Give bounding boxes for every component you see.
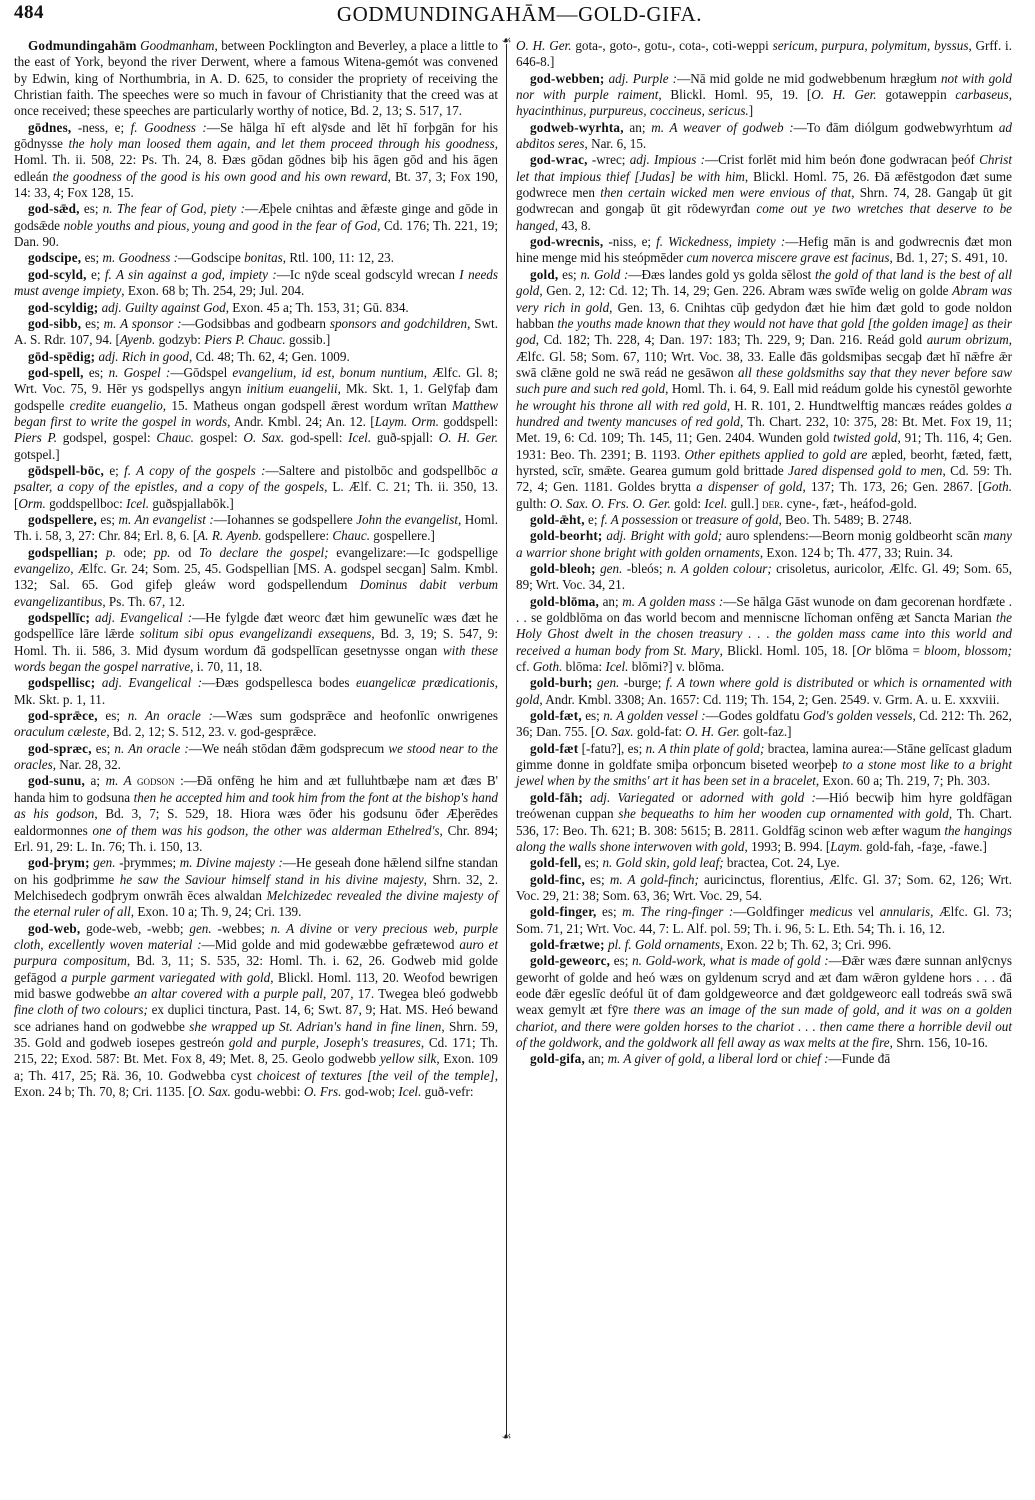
entry-text: f. A sin against a god, impiety :: [105, 267, 277, 282]
entry-text: goddspell:: [439, 414, 498, 429]
entry-text: the goodness of the good is his own good…: [53, 169, 388, 184]
headword: gold-gifa,: [530, 1051, 585, 1066]
entry-text: pl. f. Gold ornaments: [605, 937, 720, 952]
entry-text: es;: [80, 201, 103, 216]
entry-text: p.: [98, 545, 116, 560]
headword: gōd-spēdig;: [28, 349, 95, 364]
entry-text: -ness, e;: [71, 120, 130, 135]
entry-text: gode-web, -webb;: [80, 921, 189, 936]
entry-text: gotaweppin: [877, 87, 956, 102]
dictionary-entry: gōdspell-bōc, e; f. A copy of the gospel…: [14, 463, 498, 512]
entry-text: gota-, goto-, gotu-, cota-, coti-weppi: [572, 38, 773, 53]
entry-text: , Andr. Kmbl. 24; An. 12. [: [227, 414, 375, 429]
entry-text: e;: [104, 463, 124, 478]
entry-text: f. A town where gold is distributed: [666, 675, 853, 690]
entry-text: a purple garment variegated with gold: [61, 970, 270, 985]
entry-text: —Gōdspel: [170, 365, 232, 380]
entry-text: annularis: [880, 904, 930, 919]
dictionary-entry: god-webben; adj. Purple :—Nā mid golde n…: [516, 71, 1012, 120]
dictionary-entry: gold-gifa, an; m. A giver of gold, a lib…: [516, 1051, 1012, 1067]
dictionary-entry: O. H. Ger. gota-, goto-, gotu-, cota-, c…: [516, 38, 1012, 71]
entry-text: es;: [582, 708, 603, 723]
entry-text: adj. Bright with gold;: [602, 528, 722, 543]
entry-text: godzyb:: [155, 332, 204, 347]
dictionary-entry: godweb-wyrhta, an; m. A weaver of godweb…: [516, 120, 1012, 153]
entry-text: —Crist forlēt mid him beón đone godwraca…: [705, 152, 979, 167]
entry-text: gen.: [593, 675, 620, 690]
entry-text: adj. Evangelical :: [90, 610, 192, 625]
entry-text: O. H. Ger.: [811, 87, 876, 102]
entry-text: adj. Variegated: [583, 790, 675, 805]
entry-text: Icel.: [126, 496, 149, 511]
entry-text: -þrymmes;: [116, 855, 180, 870]
headword: gōdspell-bōc,: [28, 463, 104, 478]
dictionary-entry: gold-fæt, es; n. A golden vessel :—Godes…: [516, 708, 1012, 741]
entry-text: m. Goodness :: [102, 250, 178, 265]
entry-text: adj. Purple :: [604, 71, 677, 86]
entry-text: auro splendens:—Beorn monig goldbeorht s…: [722, 528, 983, 543]
entry-text: an;: [599, 594, 622, 609]
entry-text: goddspellboc:: [46, 496, 126, 511]
headword: godspellīc;: [28, 610, 90, 625]
entry-text: , Bd. 2, 12; S. 512, 23. v. god-gesprǣce…: [106, 724, 316, 739]
entry-text: f. Goodness :: [131, 120, 207, 135]
entry-text: Chauc.: [156, 430, 194, 445]
entry-text: O. Sax.: [193, 1084, 231, 1099]
entry-text: then certain wicked men were envious of …: [600, 185, 851, 200]
entry-text: , Beo. Th. 5489; B. 2748.: [779, 512, 912, 527]
entry-text: od: [170, 545, 199, 560]
entry-text: bloom, blossom;: [924, 643, 1012, 658]
entry-text: —Godes goldfatu: [706, 708, 803, 723]
entry-text: -burge;: [619, 675, 666, 690]
entry-text: n. Gold :: [580, 267, 628, 282]
entry-text: To declare the gospel;: [199, 545, 329, 560]
entry-text: , Andr. Kmbl. 3308; An. 1657: Cd. 119; T…: [539, 692, 999, 707]
headword: gold-finc,: [530, 872, 585, 887]
right-column: O. H. Ger. gota-, goto-, gotu-, cota-, c…: [516, 38, 1012, 1068]
entry-text: guðspjallabōk.]: [149, 496, 234, 511]
entry-text: O. H. Ger.: [439, 430, 498, 445]
entry-text: adorned with gold :: [700, 790, 816, 805]
entry-text: or: [678, 512, 696, 527]
dictionary-entry: Godmundingahām Goodmanham, between Pockl…: [14, 38, 498, 120]
entry-text: Icel.: [348, 430, 371, 445]
dictionary-entry: god-sprǣce, es; n. An oracle :—Wæs sum g…: [14, 708, 498, 741]
headword: god-scyld,: [28, 267, 87, 282]
entry-text: f. A possession: [601, 512, 678, 527]
entry-text: Chauc.: [332, 528, 370, 543]
entry-text: n. A golden colour;: [667, 561, 772, 576]
entry-text: evangelizo: [14, 561, 70, 576]
headword: Godmundingahām: [28, 38, 137, 53]
dictionary-entry: gold-finc, es; m. A gold-finch; auricinc…: [516, 872, 1012, 905]
entry-text: vel: [853, 904, 880, 919]
entry-text: m. A gold-finch;: [610, 872, 699, 887]
entry-text: , 1993; B. 994. [: [745, 839, 831, 854]
entry-text: m. An evangelist :: [119, 512, 214, 527]
entry-text: John the evangelist: [356, 512, 458, 527]
entry-text: aurum obrizum: [927, 332, 1009, 347]
entry-text: guð-vefr:: [421, 1084, 473, 1099]
headword: gold-fæt: [530, 741, 578, 756]
headword: gold-burh;: [530, 675, 593, 690]
headword: god-spell,: [28, 365, 84, 380]
left-column: Godmundingahām Goodmanham, between Pockl…: [14, 38, 498, 1100]
entry-text: , 43, 8.: [555, 218, 591, 233]
dictionary-entry: gold-geweorc, es; n. Gold-work, what is …: [516, 953, 1012, 1051]
entry-text: gold:: [671, 496, 705, 511]
entry-text: blōma:: [562, 659, 605, 674]
entry-text: gold and purple, Joseph's treasures: [229, 1035, 421, 1050]
fleuron-icon: ☙: [501, 1432, 512, 1443]
entry-text: an;: [624, 120, 652, 135]
entry-text: Icel.: [704, 496, 727, 511]
entry-text: god-wob;: [341, 1084, 398, 1099]
entry-text: a;: [85, 773, 106, 788]
entry-text: treasure of gold: [696, 512, 779, 527]
entry-text: sericum, purpura, polymitum, byssus: [773, 38, 969, 53]
entry-text: , Nar. 6, 15.: [585, 136, 647, 151]
dictionary-entry: gold-blōma, an; m. A golden mass :—Se hā…: [516, 594, 1012, 676]
entry-text: cyne-, fæt-, heáfod-gold.: [783, 496, 917, 511]
entry-text: a dispenser of gold: [696, 479, 802, 494]
entry-text: gen.: [90, 855, 116, 870]
entry-text: or: [778, 1051, 796, 1066]
entry-text: es;: [98, 708, 128, 723]
dictionary-entry: gold-frætwe; pl. f. Gold ornaments, Exon…: [516, 937, 1012, 953]
entry-text: m. A golden mass :: [622, 594, 723, 609]
entry-text: he saw the Saviour himself stand in his …: [120, 872, 424, 887]
entry-text: gen.: [189, 921, 211, 936]
entry-text: , Gen. 2, 12: Cd. 12; Th. 14, 29; Gen. 2…: [539, 283, 952, 298]
entry-text: -wrec;: [588, 152, 630, 167]
entry-text: euangelicæ prædicationis: [356, 675, 495, 690]
entry-text: n. The fear of God, piety :: [103, 201, 245, 216]
headword: gold-frætwe;: [530, 937, 605, 952]
entry-text: , Exon. 60 a; Th. 219, 7; Ph. 303.: [816, 773, 990, 788]
entry-text: Goth.: [982, 479, 1012, 494]
headword: god-sunu,: [28, 773, 85, 788]
headword: god-webben;: [530, 71, 604, 86]
entry-text: gospellere.]: [370, 528, 435, 543]
dictionary-entry: god-sǣd, es; n. The fear of God, piety :…: [14, 201, 498, 250]
entry-text: twisted gold: [833, 430, 897, 445]
entry-text: evangelium, id est, bonum nuntium: [232, 365, 423, 380]
entry-text: O. Frs.: [304, 1084, 342, 1099]
entry-text: godspel, gospel:: [57, 430, 156, 445]
entry-text: noble youths and pious, young and good i…: [64, 218, 377, 233]
entry-text: f. A copy of the gospels :: [124, 463, 265, 478]
entry-text: n. A thin plate of gold;: [646, 741, 765, 756]
dictionary-entry: godspellian; p. ode; pp. od To declare t…: [14, 545, 498, 610]
entry-text: n. An oracle :: [114, 741, 188, 756]
entry-text: adj. Rich in good: [95, 349, 189, 364]
entry-text: n. Gold skin, gold leaf;: [602, 855, 723, 870]
entry-text: es;: [581, 855, 602, 870]
entry-text: es;: [558, 267, 580, 282]
entry-text: es;: [92, 741, 115, 756]
entry-text: Laym. Orm.: [375, 414, 439, 429]
entry-text: m. Divine majesty :: [180, 855, 283, 870]
entry-text: Goth.: [533, 659, 563, 674]
dictionary-entry: god-wrecnis, -niss, e; f. Wickedness, im…: [516, 234, 1012, 267]
dictionary-entry: godscipe, es; m. Goodness :—Godscipe bon…: [14, 250, 498, 266]
entry-text: choicest of textures [the veil of the te…: [257, 1068, 495, 1083]
entry-text: n. An oracle :: [128, 708, 213, 723]
entry-text: , 15. Matheus ongan godspell ǣrest wordu…: [163, 398, 452, 413]
entry-text: she bequeaths to him her wooden cup orna…: [618, 806, 949, 821]
entry-text: O. Sax.: [595, 724, 633, 739]
dictionary-entry: god-þrym; gen. -þrymmes; m. Divine majes…: [14, 855, 498, 920]
entry-text: , Exon. 10 a; Th. 9, 24; Cri. 139.: [131, 904, 302, 919]
entry-text: cum noverca miscere grave est facinus: [686, 250, 889, 265]
running-head: GODMUNDINGAHĀM—GOLD-GIFA.: [14, 2, 1025, 27]
entry-text: es;: [597, 904, 623, 919]
dictionary-entry: gōd-spēdig; adj. Rich in good, Cd. 48; T…: [14, 349, 498, 365]
entry-text: , Ps. Th. 67, 12.: [102, 594, 185, 609]
entry-text: A. R. Ayenb.: [197, 528, 261, 543]
entry-text: , 207, 17. Twegea bleó godwebb: [323, 986, 498, 1001]
entry-text: , Homl. Th. i. 64, 9. Eall mid reádum go…: [665, 381, 1012, 396]
entry-text: ode;: [116, 545, 154, 560]
headword: god-wrecnis,: [530, 234, 603, 249]
entry-text: blōmi?] v. blōma.: [628, 659, 724, 674]
headword: god-sibb,: [28, 316, 81, 331]
headword: gold-ǣht,: [530, 512, 585, 527]
dictionary-entry: gold-finger, es; m. The ring-finger :—Go…: [516, 904, 1012, 937]
dictionary-entry: god-spræc, es; n. An oracle :—We neáh st…: [14, 741, 498, 774]
headword: god-spræc,: [28, 741, 92, 756]
entry-text: godson: [137, 773, 175, 788]
entry-text: gospel:: [194, 430, 243, 445]
entry-text: Icel.: [605, 659, 628, 674]
entry-text: bractea, Cot. 24, Lye.: [724, 855, 840, 870]
entry-text: she wrapped up St. Adrian's hand in fine…: [189, 1019, 441, 1034]
headword: gold,: [530, 267, 558, 282]
dictionary-entry: god-scyld, e; f. A sin against a god, im…: [14, 267, 498, 300]
entry-text: , Rtl. 100, 11: 12, 23.: [283, 250, 394, 265]
entry-text: one of them was his godson, the other wa…: [93, 823, 440, 838]
headword: godspellisc;: [28, 675, 95, 690]
entry-text: —Godscipe: [178, 250, 244, 265]
headword: gold-beorht;: [530, 528, 602, 543]
entry-text: , Exon. 124 b; Th. 477, 33; Ruin. 34.: [760, 545, 953, 560]
entry-text: Laym.: [830, 839, 863, 854]
entry-text: blōma =: [871, 643, 924, 658]
entry-text: gotspel.]: [14, 447, 60, 462]
headword: god-web,: [28, 921, 80, 936]
entry-text: , Exon. 22 b; Th. 62, 3; Cri. 996.: [720, 937, 891, 952]
entry-text: , 137; Th. 173, 26; Gen. 2867. [: [803, 479, 983, 494]
entry-text: god-spell:: [284, 430, 348, 445]
entry-text: —Nā mid golde ne mid godwebbenum hrægłum: [677, 71, 941, 86]
entry-text: , Cd. 182; Th. 228, 4; Dan. 197: 183; Th…: [536, 332, 927, 347]
headword: god-sprǣce,: [28, 708, 98, 723]
entry-text: —Ic nȳde sceal godscyld wrecan: [277, 267, 460, 282]
entry-text: or: [853, 675, 873, 690]
dictionary-entry: god-sibb, es; m. A sponsor :—Godsibbas a…: [14, 316, 498, 349]
entry-text: Orm.: [18, 496, 45, 511]
entry-text: m. A weaver of godweb :: [651, 120, 793, 135]
entry-text: es;: [81, 316, 103, 331]
entry-text: es;: [610, 953, 632, 968]
entry-text: gossib.]: [286, 332, 331, 347]
headword: gōdnes,: [28, 120, 71, 135]
entry-text: n. A divine: [271, 921, 332, 936]
page-header: 484 GODMUNDINGAHĀM—GOLD-GIFA.: [14, 2, 1025, 32]
entry-text: n. Gospel :: [109, 365, 171, 380]
headword: god-wrac,: [530, 152, 588, 167]
entry-text: godspellere:: [262, 528, 333, 543]
entry-text: an;: [585, 1051, 608, 1066]
dictionary-entry: gold-beorht; adj. Bright with gold; auro…: [516, 528, 1012, 561]
entry-text: n. Gold-work, what is made of gold :: [632, 953, 829, 968]
entry-text: [-fatu?], es;: [578, 741, 645, 756]
entry-text: pp.: [154, 545, 170, 560]
entry-text: e;: [585, 512, 601, 527]
entry-text: Ayenb.: [120, 332, 155, 347]
entry-text: O. H. Ger.: [516, 38, 572, 53]
entry-text: —Goldfinger: [733, 904, 809, 919]
entry-text: —Iohannes se godspellere: [214, 512, 357, 527]
headword: gold-geweorc,: [530, 953, 610, 968]
entry-text: m. A giver of gold, a liberal lord: [608, 1051, 778, 1066]
entry-text: m. A sponsor :: [104, 316, 182, 331]
entry-text: solitum sibi opus evangelizandi exsequen…: [140, 626, 372, 641]
dictionary-entry: gōdnes, -ness, e; f. Goodness :—Se hālga…: [14, 120, 498, 202]
entry-text: O. Sax. O. Frs. O. Ger.: [550, 496, 671, 511]
entry-text: medicus: [810, 904, 853, 919]
entry-text: credite euangelio: [70, 398, 163, 413]
entry-text: —Wæs sum godsprǣce and heofonlīc onwrige…: [213, 708, 498, 723]
entry-text: es;: [97, 512, 119, 527]
headword: godspellere,: [28, 512, 97, 527]
dictionary-entry: godspellisc; adj. Evangelical :—Ðæs gods…: [14, 675, 498, 708]
entry-text: ]: [749, 103, 753, 118]
dictionary-entry: gold-fāh; adj. Variegated or adorned wit…: [516, 790, 1012, 855]
headword: gold-blōma,: [530, 594, 599, 609]
headword: godweb-wyrhta,: [530, 120, 624, 135]
headword: god-sǣd,: [28, 201, 80, 216]
headword: gold-fell,: [530, 855, 581, 870]
entry-text: , Blickl. Homl. 105, 18. [: [720, 643, 857, 658]
headword: god-scyldig;: [28, 300, 98, 315]
entry-text: fine cloth of two colours;: [14, 1002, 148, 1017]
headword: godspellian;: [28, 545, 98, 560]
dictionary-entry: god-web, gode-web, -webb; gen. -webbes; …: [14, 921, 498, 1101]
entry-text: , Bd. 1, 27; S. 491, 10.: [889, 250, 1007, 265]
entry-text: God's golden vessels: [803, 708, 913, 723]
entry-text: Or: [857, 643, 872, 658]
headword: gold-finger,: [530, 904, 597, 919]
entry-text: es;: [84, 365, 109, 380]
entry-text: yellow silk: [380, 1051, 436, 1066]
entry-text: f. Wickedness, impiety :: [656, 234, 785, 249]
entry-text: adj. Impious :: [630, 152, 705, 167]
entry-text: oraculum cæleste: [14, 724, 106, 739]
entry-text: —Ðæs godspellesca bodes: [202, 675, 356, 690]
entry-text: , Shrn. 156, 10-16.: [890, 1035, 988, 1050]
dictionary-entry: god-scyldig; adj. Guilty against God, Ex…: [14, 300, 498, 316]
entry-text: , Blickl. Homl. 95, 19. [: [658, 87, 811, 102]
entry-text: e;: [87, 267, 105, 282]
entry-text: , Exon. 45 a; Th. 153, 31; Gū. 834.: [226, 300, 409, 315]
headword: gold-fæt,: [530, 708, 582, 723]
entry-text: Other epithets applied to gold are: [685, 447, 868, 462]
entry-text: , Exon. 68 b; Th. 254, 29; Jul. 204.: [121, 283, 304, 298]
entry-text: es;: [81, 250, 102, 265]
entry-text: gen.: [596, 561, 623, 576]
entry-text: bonitas: [244, 250, 283, 265]
dictionary-entry: god-sunu, a; m. A godson :—Đā onfēng he …: [14, 773, 498, 855]
entry-text: —We neáh stōdan đǣm godsprecum: [189, 741, 389, 756]
entry-text: the holy man loosed them again, and let …: [68, 136, 494, 151]
entry-text: m. The ring-finger :: [622, 904, 733, 919]
entry-text: cf.: [516, 659, 533, 674]
entry-text: Piers P.: [14, 430, 57, 445]
entry-text: guð-spjall:: [371, 430, 439, 445]
entry-text: , Nar. 28, 32.: [53, 757, 121, 772]
entry-text: —Saltere and pistolbōc and godspellbōc: [266, 463, 492, 478]
headword: god-þrym;: [28, 855, 90, 870]
entry-text: der.: [762, 496, 783, 511]
dictionary-entry: gold-burh; gen. -burge; f. A town where …: [516, 675, 1012, 708]
dictionary-entry: god-spell, es; n. Gospel :—Gōdspel evang…: [14, 365, 498, 463]
entry-text: evangelizare:—Ic godspellige: [329, 545, 498, 560]
entry-text: an altar covered with a purple pall: [134, 986, 323, 1001]
entry-text: Goodmanham: [137, 38, 215, 53]
entry-text: , H. R. 101, 2. Hundtwelftig mancæs reád…: [727, 398, 1006, 413]
entry-text: gold-fat:: [634, 724, 686, 739]
entry-text: O. Sax.: [243, 430, 284, 445]
column-divider: [506, 44, 507, 1436]
entry-text: gulth:: [516, 496, 550, 511]
entry-text: -niss, e;: [603, 234, 656, 249]
entry-text: Jared dispensed gold to men: [788, 463, 942, 478]
entry-text: Piers P. Chauc.: [204, 332, 286, 347]
entry-text: -bleós;: [622, 561, 666, 576]
entry-text: -webbes;: [212, 921, 271, 936]
entry-text: m. A: [106, 773, 137, 788]
entry-text: adj. Evangelical :: [95, 675, 202, 690]
entry-text: gull.]: [727, 496, 762, 511]
entry-text: adj. Guilty against God: [98, 300, 225, 315]
dictionary-entry: gold-fæt [-fatu?], es; n. A thin plate o…: [516, 741, 1012, 790]
entry-text: n. A golden vessel :: [603, 708, 705, 723]
headword: godscipe,: [28, 250, 81, 265]
entry-text: , Cd. 48; Th. 62, 4; Gen. 1009.: [189, 349, 350, 364]
entry-text: chief :: [795, 1051, 828, 1066]
entry-text: —Funde đā: [829, 1051, 891, 1066]
dictionary-entry: gold-ǣht, e; f. A possession or treasure…: [516, 512, 1012, 528]
entry-text: , i. 70, 11, 18.: [190, 659, 262, 674]
dictionary-entry: gold-bleoh; gen. -bleós; n. A golden col…: [516, 561, 1012, 594]
dictionary-entry: gold-fell, es; n. Gold skin, gold leaf; …: [516, 855, 1012, 871]
entry-text: —To đām diólgum godwebwyrhtum: [794, 120, 999, 135]
entry-text: initium euangelii: [247, 381, 338, 396]
entry-text: Icel.: [398, 1084, 421, 1099]
dictionary-entry: god-wrac, -wrec; adj. Impious :—Crist fo…: [516, 152, 1012, 234]
headword: gold-fāh;: [530, 790, 583, 805]
entry-text: —Godsibbas and godbearn: [182, 316, 330, 331]
entry-text: gold-fah, -faȝe, -fawe.]: [863, 839, 987, 854]
entry-text: O. H. Ger.: [685, 724, 739, 739]
dictionary-entry: godspellīc; adj. Evangelical :—He fylgde…: [14, 610, 498, 675]
entry-text: or: [332, 921, 355, 936]
entry-text: he wrought his throne all with red gold: [516, 398, 727, 413]
entry-text: godu-webbi:: [231, 1084, 304, 1099]
